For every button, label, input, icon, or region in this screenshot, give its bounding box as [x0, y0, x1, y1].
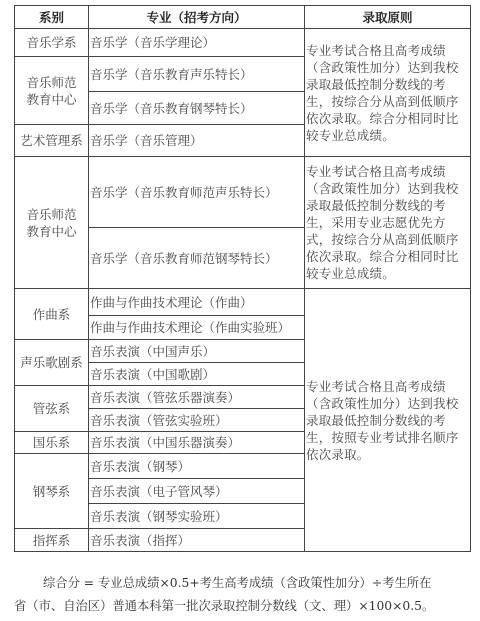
admission-table: 系别 专业（招考方向） 录取原则 音乐学系 音乐学（音乐学理论） 专业考试合格且… — [14, 5, 471, 552]
dept-cell: 指挥系 — [15, 529, 89, 552]
major-cell: 音乐表演（中国歌剧） — [89, 363, 305, 386]
major-cell: 音乐学（音乐教育声乐特长） — [89, 57, 305, 92]
rule-cell: 专业考试合格且高考成绩（含政策性加分）达到我校录取最低控制分数线的考生，采用专业… — [305, 157, 471, 289]
formula-note: 综合分 = 专业总成绩×0.5+考生高考成绩（含政策性加分）÷考生所在 省（市、… — [14, 572, 470, 618]
major-cell: 音乐表演（管弦乐器演奏） — [89, 386, 305, 409]
major-cell: 音乐学（音乐学理论） — [89, 29, 305, 57]
major-cell: 音乐表演（管弦实验班） — [89, 409, 305, 432]
formula-line-1: 综合分 = 专业总成绩×0.5+考生高考成绩（含政策性加分）÷考生所在 — [14, 572, 470, 595]
major-cell: 作曲与作曲技术理论（作曲） — [89, 289, 305, 316]
major-cell: 作曲与作曲技术理论（作曲实验班） — [89, 316, 305, 340]
header-rule: 录取原则 — [305, 6, 471, 29]
header-row: 系别 专业（招考方向） 录取原则 — [15, 6, 471, 29]
major-cell: 音乐学（音乐教育师范声乐特长） — [89, 157, 305, 228]
major-cell: 音乐学（音乐教育钢琴特长） — [89, 92, 305, 125]
major-cell: 音乐表演（指挥） — [89, 529, 305, 552]
rule-cell: 专业考试合格且高考成绩（含政策性加分）达到我校录取最低控制分数线的考生，按照专业… — [305, 289, 471, 552]
dept-cell: 声乐歌剧系 — [15, 340, 89, 386]
dept-cell: 艺术管理系 — [15, 125, 89, 157]
dept-cell: 音乐师范教育中心 — [15, 157, 89, 289]
table-row: 音乐师范教育中心 音乐学（音乐教育师范声乐特长） 专业考试合格且高考成绩（含政策… — [15, 157, 471, 228]
major-cell: 音乐学（音乐教育师范钢琴特长） — [89, 228, 305, 289]
table-row: 音乐学系 音乐学（音乐学理论） 专业考试合格且高考成绩（含政策性加分）达到我校录… — [15, 29, 471, 57]
header-dept: 系别 — [15, 6, 89, 29]
major-cell: 音乐表演（中国乐器演奏） — [89, 432, 305, 454]
major-cell: 音乐学（音乐管理） — [89, 125, 305, 157]
formula-line-2: 省（市、自治区）普通本科第一批次录取控制分数线（文、理）×100×0.5。 — [14, 595, 470, 618]
dept-cell: 管弦系 — [15, 386, 89, 432]
major-cell: 音乐表演（电子管风琴） — [89, 479, 305, 504]
dept-cell: 作曲系 — [15, 289, 89, 340]
dept-cell: 国乐系 — [15, 432, 89, 454]
major-cell: 音乐表演（钢琴） — [89, 454, 305, 479]
major-cell: 音乐表演（钢琴实验班） — [89, 504, 305, 529]
rule-cell: 专业考试合格且高考成绩（含政策性加分）达到我校录取最低控制分数线的考生，按综合分… — [305, 29, 471, 157]
dept-cell: 钢琴系 — [15, 454, 89, 529]
header-major: 专业（招考方向） — [89, 6, 305, 29]
major-cell: 音乐表演（中国声乐） — [89, 340, 305, 363]
dept-cell: 音乐学系 — [15, 29, 89, 57]
dept-cell: 音乐师范教育中心 — [15, 57, 89, 125]
table-row: 作曲系 作曲与作曲技术理论（作曲） 专业考试合格且高考成绩（含政策性加分）达到我… — [15, 289, 471, 316]
